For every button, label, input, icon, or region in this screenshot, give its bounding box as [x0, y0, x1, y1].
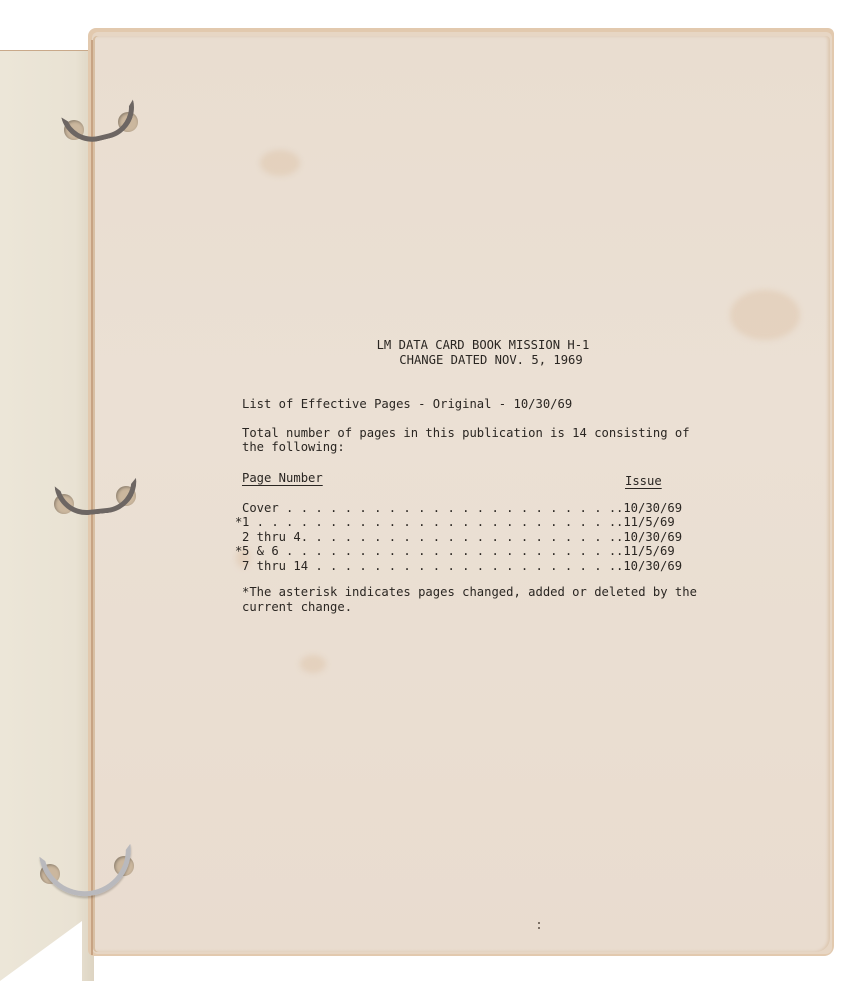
- column-issue: Issue: [625, 474, 662, 489]
- table-row: *5 & 6 . . . . . . . . . . . . . . . . .…: [242, 544, 702, 559]
- dot-leader: . . . . . . . . . . . . . . . . . . . . …: [279, 501, 620, 515]
- paper-stain: [300, 655, 326, 673]
- page-label: Cover: [242, 501, 279, 515]
- total-pages-line-1: Total number of pages in this publicatio…: [242, 426, 702, 441]
- page-number-cell: 2 thru 4. . . . . . . . . . . . . . . . …: [242, 530, 620, 545]
- page-mark: [538, 922, 540, 924]
- issue-cell: .10/30/69: [616, 501, 682, 516]
- table-header: Page Number Issue: [242, 471, 702, 489]
- total-pages-line-2: the following:: [242, 440, 702, 455]
- issue-cell: .11/5/69: [616, 515, 675, 530]
- footnote-line-1: *The asterisk indicates pages changed, a…: [242, 585, 702, 600]
- column-page-number: Page Number: [242, 471, 323, 486]
- back-page-left: [0, 50, 94, 981]
- issue-cell: .11/5/69: [616, 544, 675, 559]
- page-label: 2 thru 4.: [242, 530, 308, 544]
- title-line-1: LM DATA CARD BOOK MISSION H-1: [242, 338, 702, 353]
- list-heading: List of Effective Pages - Original - 10/…: [242, 397, 702, 412]
- page-number-cell: 1 . . . . . . . . . . . . . . . . . . . …: [242, 515, 620, 530]
- paper-stain: [260, 150, 300, 176]
- title-line-2: CHANGE DATED NOV. 5, 1969: [242, 353, 702, 368]
- page-label: 5 & 6: [242, 544, 279, 558]
- page-label: 7 thru 14: [242, 559, 308, 573]
- dot-leader: . . . . . . . . . . . . . . . . . . . . …: [279, 544, 620, 558]
- dot-leader: . . . . . . . . . . . . . . . . . . . . …: [249, 515, 620, 529]
- table-row: Cover . . . . . . . . . . . . . . . . . …: [242, 501, 702, 516]
- paper-stain: [730, 290, 800, 340]
- dot-leader: . . . . . . . . . . . . . . . . . . . . …: [308, 559, 620, 573]
- page-number-cell: 7 thru 14 . . . . . . . . . . . . . . . …: [242, 559, 620, 574]
- document-content: LM DATA CARD BOOK MISSION H-1 CHANGE DAT…: [242, 338, 702, 614]
- effective-pages-table: Cover . . . . . . . . . . . . . . . . . …: [242, 501, 702, 574]
- table-row: 2 thru 4. . . . . . . . . . . . . . . . …: [242, 530, 702, 545]
- dot-leader: . . . . . . . . . . . . . . . . . . . . …: [308, 530, 620, 544]
- page-number-cell: Cover . . . . . . . . . . . . . . . . . …: [242, 501, 620, 516]
- page-number-cell: 5 & 6 . . . . . . . . . . . . . . . . . …: [242, 544, 620, 559]
- page-mark: [538, 927, 540, 929]
- issue-cell: .10/30/69: [616, 530, 682, 545]
- table-row: *1 . . . . . . . . . . . . . . . . . . .…: [242, 515, 702, 530]
- table-row: 7 thru 14 . . . . . . . . . . . . . . . …: [242, 559, 702, 574]
- footnote-line-2: current change.: [242, 600, 702, 615]
- document-title: LM DATA CARD BOOK MISSION H-1 CHANGE DAT…: [242, 338, 702, 367]
- issue-cell: .10/30/69: [616, 559, 682, 574]
